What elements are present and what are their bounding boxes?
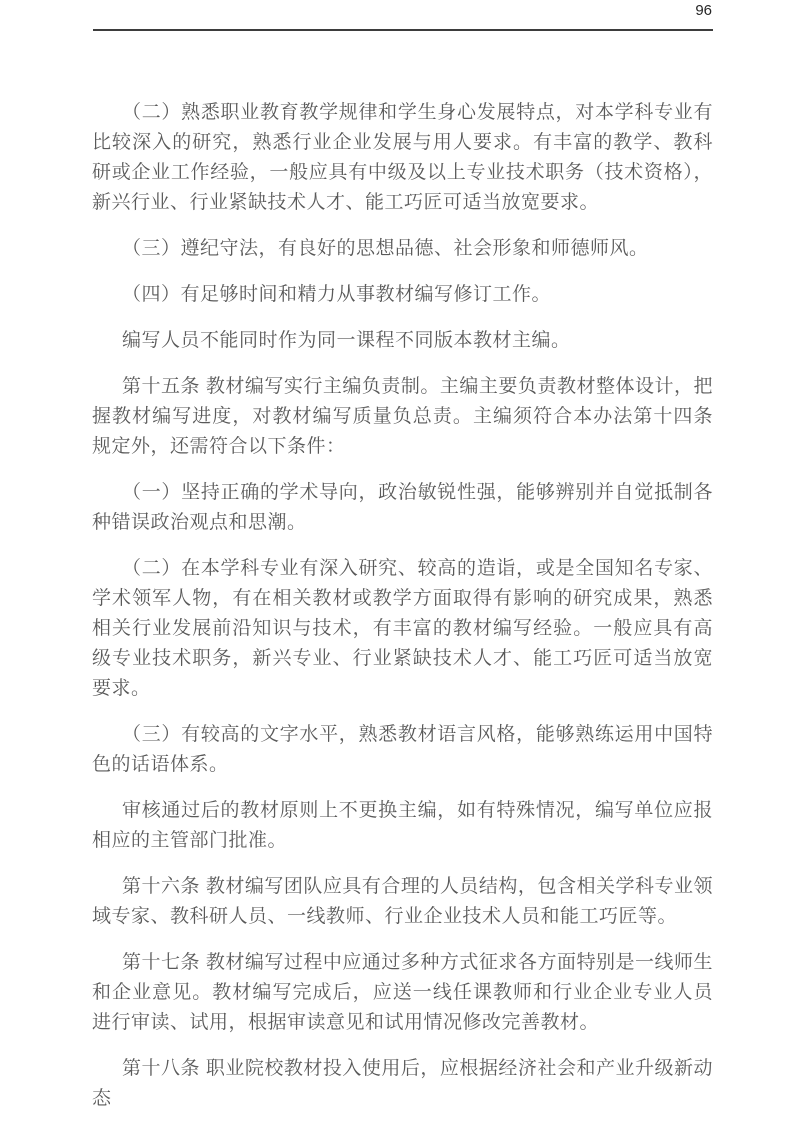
paragraph: （四）有足够时间和精力从事教材编写修订工作。	[92, 280, 713, 310]
paragraph: 第十八条 职业院校教材投入使用后，应根据经济社会和产业升级新动态	[92, 1054, 713, 1114]
paragraph: 审核通过后的教材原则上不更换主编，如有特殊情况，编写单位应报相应的主管部门批准。	[92, 796, 713, 856]
paragraph: 第十七条 教材编写过程中应通过多种方式征求各方面特别是一线师生和企业意见。教材编…	[92, 948, 713, 1038]
document-body: （二）熟悉职业教育教学规律和学生身心发展特点，对本学科专业有比较深入的研究，熟悉…	[92, 98, 713, 1122]
paragraph: （三）有较高的文字水平，熟悉教材语言风格，能够熟练运用中国特色的话语体系。	[92, 720, 713, 780]
paragraph: （二）熟悉职业教育教学规律和学生身心发展特点，对本学科专业有比较深入的研究，熟悉…	[92, 98, 713, 218]
document-page: 96 （二）熟悉职业教育教学规律和学生身心发展特点，对本学科专业有比较深入的研究…	[0, 0, 793, 1122]
paragraph: （二）在本学科专业有深入研究、较高的造诣，或是全国知名专家、学术领军人物，有在相…	[92, 554, 713, 704]
paragraph: （三）遵纪守法，有良好的思想品德、社会形象和师德师风。	[92, 234, 713, 264]
header-divider	[93, 29, 713, 31]
paragraph: 第十五条 教材编写实行主编负责制。主编主要负责教材整体设计，把握教材编写进度，对…	[92, 372, 713, 462]
paragraph: （一）坚持正确的学术导向，政治敏锐性强，能够辨别并自觉抵制各种错误政治观点和思潮…	[92, 478, 713, 538]
paragraph: 第十六条 教材编写团队应具有合理的人员结构，包含相关学科专业领域专家、教科研人员…	[92, 872, 713, 932]
page-number: 96	[695, 2, 712, 20]
paragraph: 编写人员不能同时作为同一课程不同版本教材主编。	[92, 326, 713, 356]
